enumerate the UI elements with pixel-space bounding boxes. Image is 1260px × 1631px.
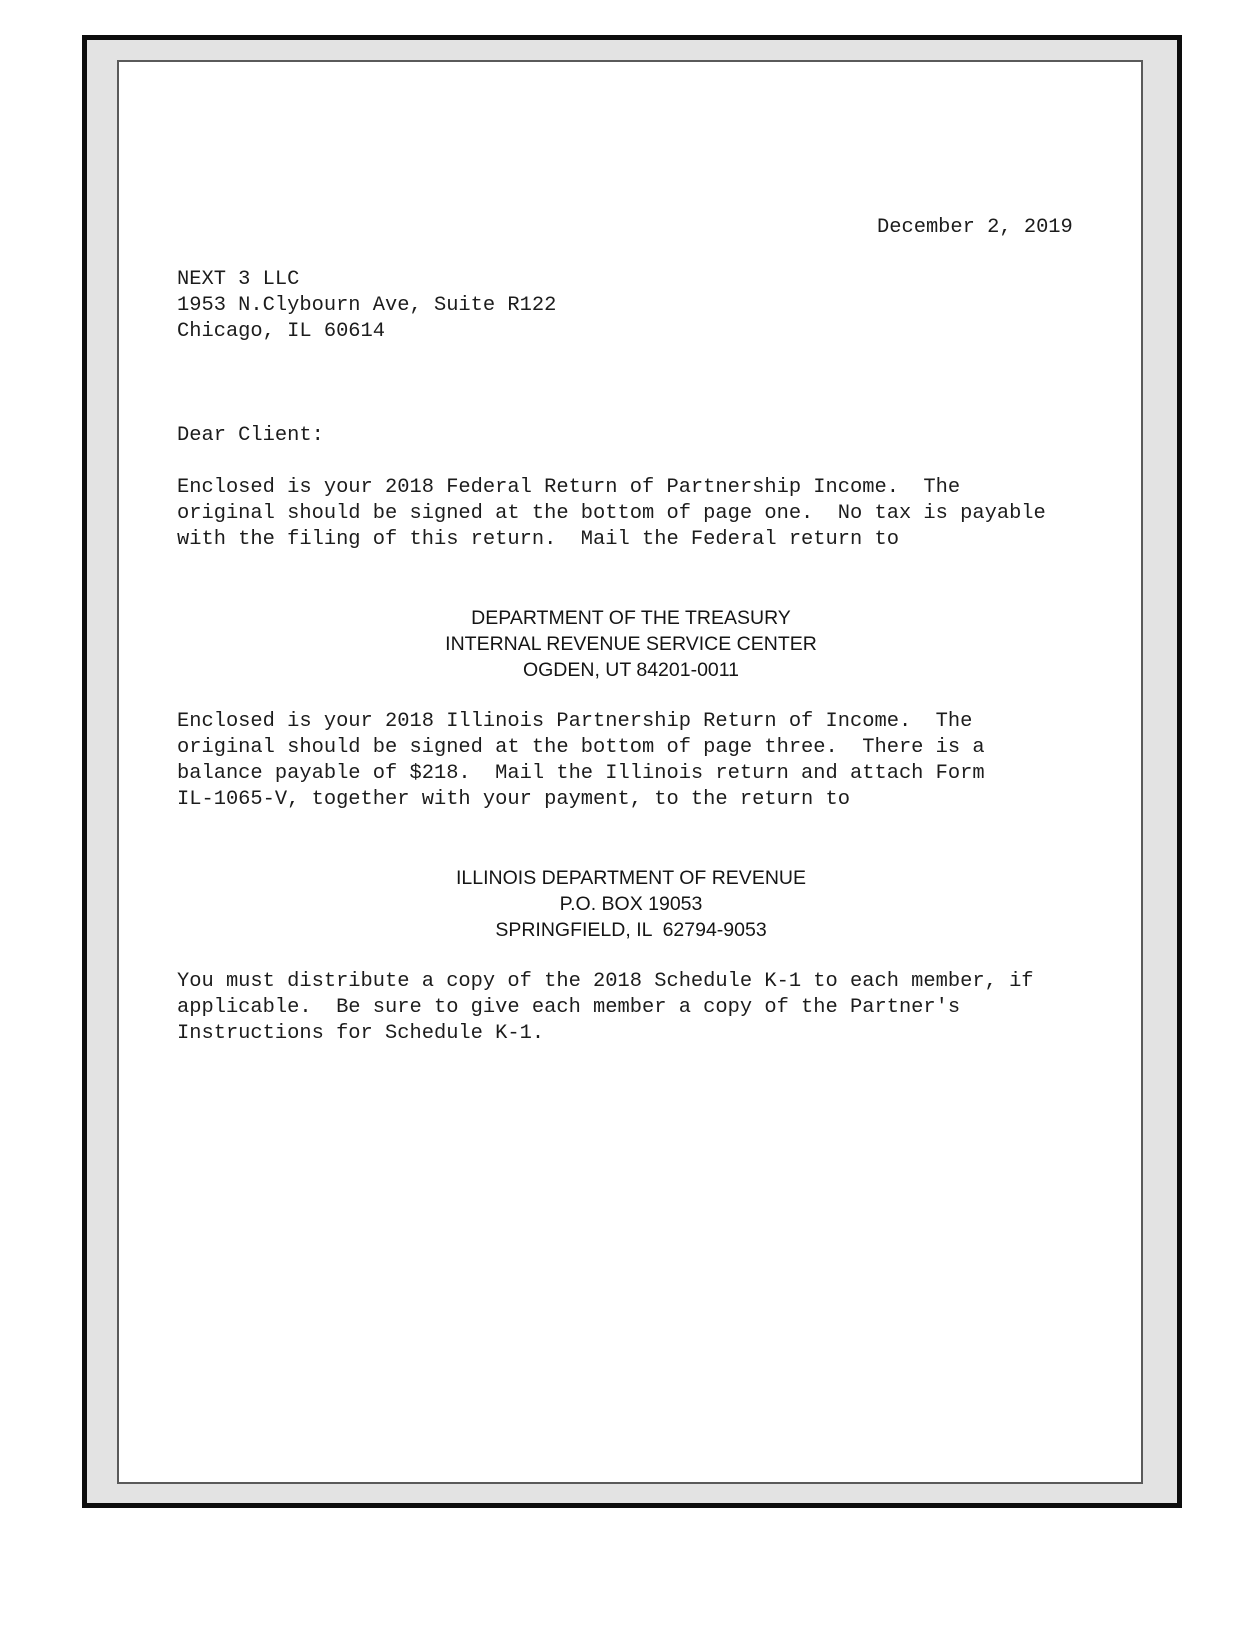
federal-address-line: INTERNAL REVENUE SERVICE CENTER	[177, 631, 1085, 657]
recipient-city: Chicago, IL 60614	[177, 319, 1085, 345]
spacer	[177, 683, 1085, 709]
spacer	[177, 241, 1085, 267]
salutation: Dear Client:	[177, 423, 1085, 449]
spacer	[177, 943, 1085, 969]
illinois-address-line: ILLINOIS DEPARTMENT OF REVENUE	[177, 865, 1085, 891]
illinois-address-line: SPRINGFIELD, IL 62794-9053	[177, 917, 1085, 943]
spacer	[177, 553, 1085, 605]
k1-paragraph-line: You must distribute a copy of the 2018 S…	[177, 969, 1085, 995]
federal-paragraph-line: Enclosed is your 2018 Federal Return of …	[177, 475, 1085, 501]
spacer	[177, 449, 1085, 475]
letter-body: December 2, 2019 NEXT 3 LLC 1953 N.Clybo…	[119, 62, 1141, 1482]
k1-paragraph-line: applicable. Be sure to give each member …	[177, 995, 1085, 1021]
federal-address-line: DEPARTMENT OF THE TREASURY	[177, 605, 1085, 631]
recipient-name: NEXT 3 LLC	[177, 267, 1085, 293]
federal-paragraph-line: with the filing of this return. Mail the…	[177, 527, 1085, 553]
illinois-paragraph-line: original should be signed at the bottom …	[177, 735, 1085, 761]
page-frame: December 2, 2019 NEXT 3 LLC 1953 N.Clybo…	[82, 35, 1182, 1508]
spacer	[177, 345, 1085, 423]
letter-page: December 2, 2019 NEXT 3 LLC 1953 N.Clybo…	[117, 60, 1143, 1484]
federal-address-line: OGDEN, UT 84201-0011	[177, 657, 1085, 683]
k1-paragraph-line: Instructions for Schedule K-1.	[177, 1021, 1085, 1047]
spacer	[177, 813, 1085, 865]
federal-paragraph-line: original should be signed at the bottom …	[177, 501, 1085, 527]
illinois-paragraph-line: IL-1065-V, together with your payment, t…	[177, 787, 1085, 813]
illinois-address-line: P.O. BOX 19053	[177, 891, 1085, 917]
recipient-street: 1953 N.Clybourn Ave, Suite R122	[177, 293, 1085, 319]
illinois-paragraph-line: balance payable of $218. Mail the Illino…	[177, 761, 1085, 787]
illinois-paragraph-line: Enclosed is your 2018 Illinois Partnersh…	[177, 709, 1085, 735]
letter-date: December 2, 2019	[877, 215, 1085, 241]
